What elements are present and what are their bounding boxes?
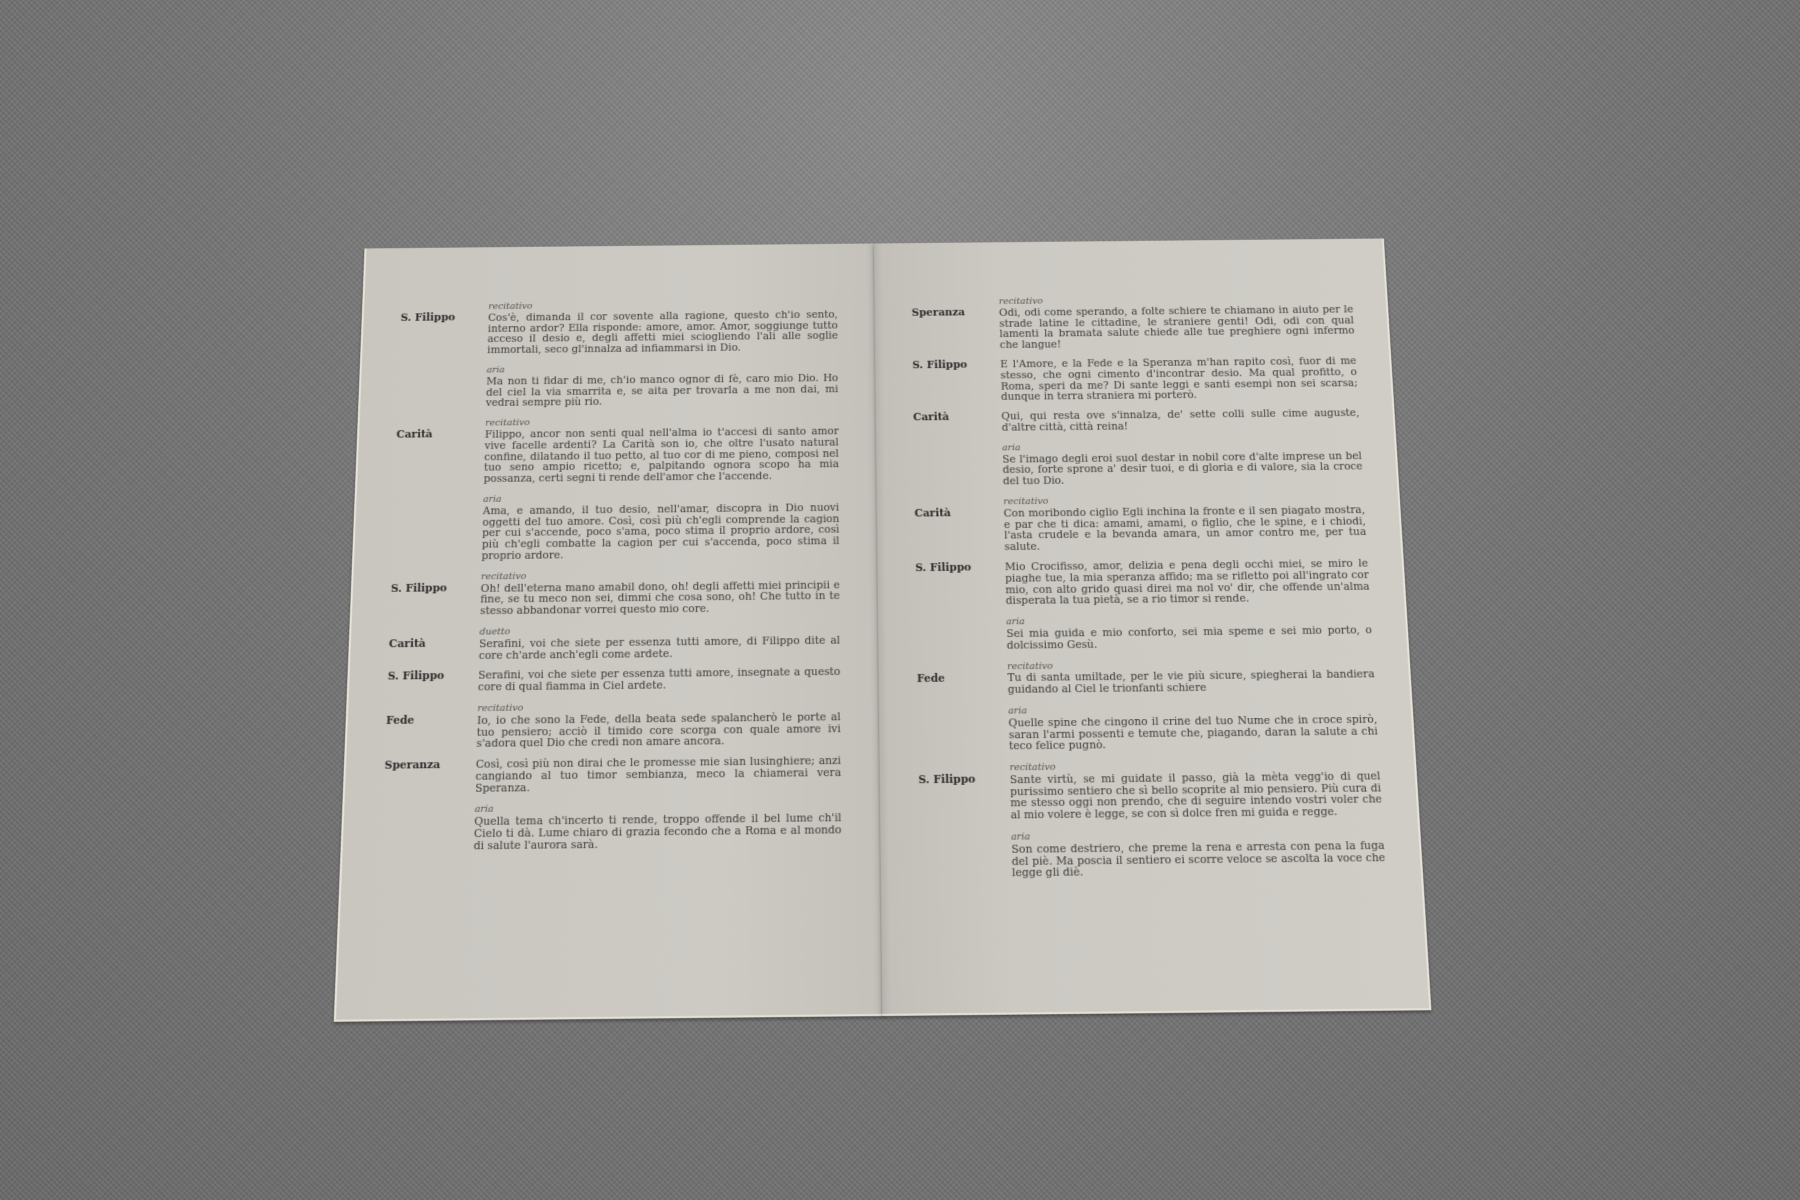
verse-text: E l'Amore, e la Fede e la Speranza m'han… (1000, 356, 1358, 403)
speaker-name (917, 706, 1009, 755)
open-booklet: S. FilipporecitativoCos'è, dimanda il co… (334, 239, 1429, 1020)
block-body: recitativoFilippo, ancor non senti qual … (483, 415, 839, 486)
block-body: ariaSei mia guida e mio conforto, sei mi… (1006, 613, 1373, 652)
left-page-text: S. FilipporecitativoCos'è, dimanda il co… (381, 298, 842, 863)
verse-text: Quelle spine che cingono il crine del tu… (1008, 714, 1378, 753)
block-body: E l'Amore, e la Fede e la Speranza m'han… (1000, 356, 1358, 403)
block-body: recitativoSante virtù, se mi guidate il … (1009, 759, 1382, 823)
speaker-name: Fede (917, 661, 1008, 698)
libretto-block: FederecitativoTu di santa umiltade, per … (917, 657, 1376, 697)
speaker-name: S. Filippo (912, 360, 1001, 405)
libretto-block: ariaSon come destriero, che preme la ren… (919, 828, 1386, 882)
libretto-block: S. FilipporecitativoCos'è, dimanda il co… (399, 298, 838, 357)
libretto-block: SperanzaCosì, così più non dirai che le … (383, 756, 841, 796)
verse-text: Cos'è, dimanda il cor sovente alla ragio… (487, 310, 838, 357)
right-page: SperanzarecitativoOdi, odi come sperando… (874, 238, 1431, 1016)
block-body: ariaAma, e amando, il tuo desio, nell'am… (481, 491, 839, 563)
libretto-block: ariaAma, e amando, il tuo desio, nell'am… (392, 491, 840, 564)
verse-text: Sei mia guida e mio conforto, sei mia sp… (1006, 625, 1373, 652)
right-page-text: SperanzarecitativoOdi, odi come sperando… (911, 293, 1386, 891)
speaker-name (916, 617, 1007, 653)
speaker-name (919, 832, 1012, 882)
speaker-name (392, 494, 483, 563)
libretto-block: CaritàrecitativoCon moribondo ciglio Egl… (914, 493, 1367, 555)
verse-text: Odi, odi come sperando, a folte schiere … (999, 305, 1356, 352)
libretto-block: S. FilippoSerafini, voi che siete per es… (387, 667, 840, 695)
speaker-name: Speranza (911, 297, 1000, 353)
libretto-block: SperanzarecitativoOdi, odi come sperando… (911, 293, 1355, 352)
verse-text: Ama, e amando, il tuo desio, nell'amar, … (481, 503, 839, 563)
block-body: recitativoTu di santa umiltade, per le v… (1007, 657, 1376, 696)
verse-text: Serafini, voi che siete per essenza tutt… (479, 636, 841, 663)
verse-text: Oh! dell'eterna mano amabil dono, oh! de… (480, 580, 840, 618)
speaker-name: Fede (385, 703, 478, 752)
speaker-name (914, 443, 1004, 489)
block-body: recitativoCos'è, dimanda il cor sovente … (487, 298, 838, 356)
libretto-block: ariaMa non ti fidar di me, ch'io manco o… (397, 362, 838, 411)
block-body: Qui, qui resta ove s'innalza, de' sette … (1001, 409, 1360, 435)
verse-text: Io, io che sono la Fede, della beata sed… (476, 712, 841, 751)
speaker-name (381, 804, 474, 854)
verse-text: Quella tema ch'incerto ti rende, troppo … (473, 813, 841, 853)
verse-text: Così, così più non dirai che le promesse… (475, 756, 841, 795)
speaker-name: S. Filippo (390, 571, 481, 618)
libretto-block: FederecitativoIo, io che sono la Fede, d… (385, 699, 841, 751)
verse-text: Serafini, voi che siete per essenza tutt… (478, 667, 841, 694)
speaker-name: Carità (388, 627, 479, 663)
libretto-block: CaritàQui, qui resta ove s'innalza, de' … (913, 409, 1360, 436)
libretto-block: ariaQuelle spine che cingono il crine de… (917, 702, 1379, 755)
block-body: recitativoIo, io che sono la Fede, della… (476, 699, 841, 750)
libretto-block: CaritàrecitativoFilippo, ancor non senti… (395, 415, 839, 487)
block-body: Mio Crocifisso, amor, delizia e pena deg… (1005, 559, 1371, 608)
speaker-name: Carità (914, 497, 1004, 555)
verse-text: Con moribondo ciglio Egli inchina la fro… (1004, 505, 1368, 554)
libretto-block: ariaQuella tema ch'incerto ti rende, tro… (381, 801, 841, 854)
left-page: S. FilipporecitativoCos'è, dimanda il co… (334, 243, 885, 1021)
verse-text: Qui, qui resta ove s'innalza, de' sette … (1001, 409, 1360, 435)
verse-text: Se l'imago degli eroi suol destar in nob… (1002, 451, 1363, 488)
libretto-block: S. FilipporecitativoSante virtù, se mi g… (918, 759, 1383, 824)
libretto-block: ariaSe l'imago degli eroi suol destar in… (914, 439, 1364, 489)
block-body: recitativoOdi, odi come sperando, a folt… (999, 293, 1356, 351)
libretto-block: S. FilipporecitativoOh! dell'eterna mano… (390, 568, 840, 619)
speaker-name: S. Filippo (387, 671, 478, 695)
verse-text: Tu di santa umiltade, per le vie più sic… (1007, 670, 1375, 697)
verse-text: Sante virtù, se mi guidate il passo, già… (1010, 771, 1383, 822)
verse-text: Mio Crocifisso, amor, delizia e pena deg… (1005, 559, 1371, 608)
block-body: Serafini, voi che siete per essenza tutt… (478, 667, 841, 694)
verse-text: Son come destriero, che preme la rena e … (1011, 841, 1386, 881)
libretto-block: S. FilippoMio Crocifisso, amor, delizia … (915, 559, 1370, 609)
block-body: ariaQuelle spine che cingono il crine de… (1008, 702, 1379, 754)
speaker-name (397, 365, 486, 411)
speaker-name: Carità (913, 412, 1002, 435)
speaker-name: S. Filippo (399, 302, 488, 358)
verse-text: Ma non ti fidar di me, ch'io manco ognor… (486, 373, 839, 409)
block-body: duettoSerafini, voi che siete per essenz… (479, 623, 841, 662)
speaker-name: Speranza (383, 760, 476, 796)
speaker-name: S. Filippo (918, 762, 1011, 823)
block-body: recitativoOh! dell'eterna mano amabil do… (480, 568, 840, 618)
block-body: ariaQuella tema ch'incerto ti rende, tro… (473, 801, 841, 853)
speaker-name: Carità (395, 418, 486, 486)
block-body: ariaSe l'imago degli eroi suol destar in… (1002, 439, 1363, 488)
libretto-block: ariaSei mia guida e mio conforto, sei mi… (916, 613, 1373, 653)
speaker-name: S. Filippo (915, 562, 1006, 608)
block-body: ariaMa non ti fidar di me, ch'io manco o… (486, 362, 839, 410)
libretto-block: S. FilippoE l'Amore, e la Fede e la Sper… (912, 356, 1358, 404)
libretto-block: CaritàduettoSerafini, voi che siete per … (388, 623, 840, 663)
block-body: Così, così più non dirai che le promesse… (475, 756, 841, 795)
block-body: recitativoCon moribondo ciglio Egli inch… (1003, 493, 1367, 554)
verse-text: Filippo, ancor non senti qual nell'alma … (483, 427, 839, 486)
block-body: ariaSon come destriero, che preme la ren… (1011, 828, 1386, 881)
